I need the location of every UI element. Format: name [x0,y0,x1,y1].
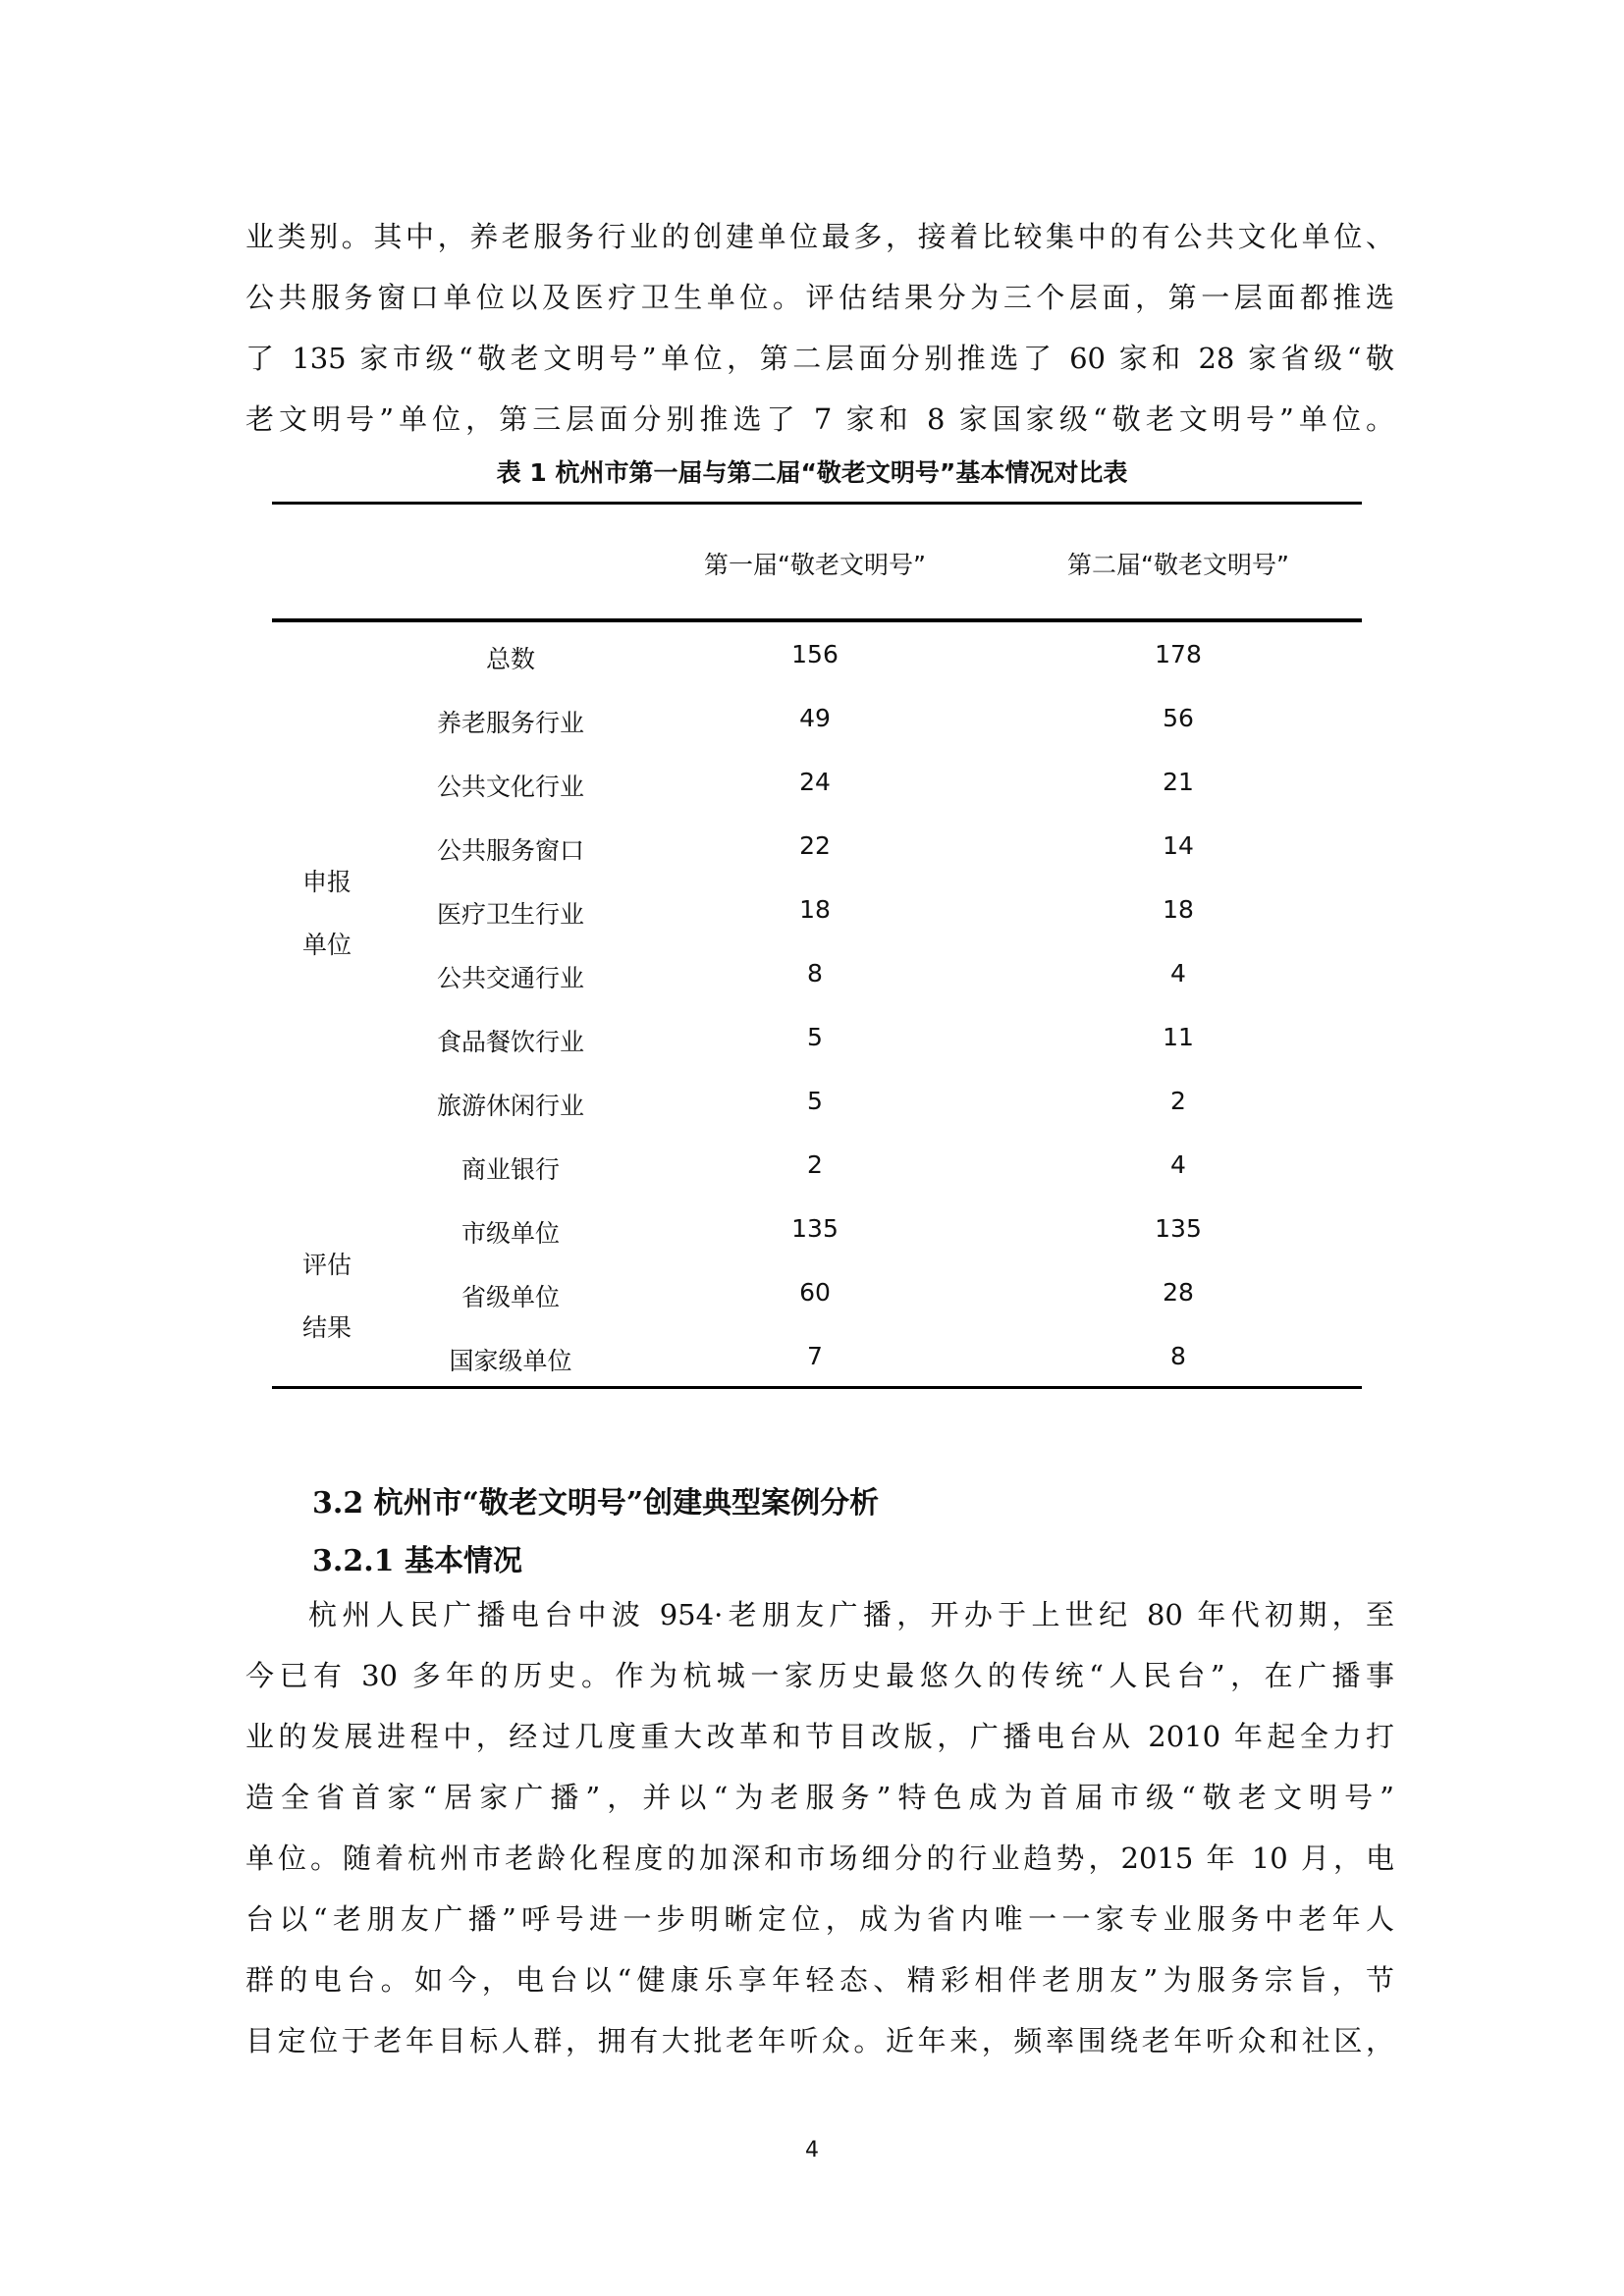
text-line: 目定位于老年目标人群，拥有大批老年听众。近年来，频率围绕老年听众和社区， [245,2010,1394,2071]
row-first: 60 [799,1278,831,1307]
text-line: 今已有 30 多年的历史。作为杭城一家历史最悠久的传统“人民台”，在广播事 [245,1645,1394,1706]
text-line: 杭州人民广播电台中波 954·老朋友广播，开办于上世纪 80 年代初期，至 [245,1584,1394,1645]
row-first: 22 [799,831,831,860]
text-line: 台以“老朋友广播”呼号进一步明晰定位，成为省内唯一一家专业服务中老年人 [245,1889,1394,1949]
group-label-line: 评估 [302,1234,352,1297]
row-first: 2 [807,1150,823,1179]
row-first: 49 [799,704,831,732]
text-line: 老文明号”单位，第三层面分别推选了 7 家和 8 家国家级“敬老文明号”单位。 [245,389,1394,450]
row-item: 旅游休闲行业 [437,1087,584,1122]
row-second: 21 [1163,768,1194,796]
group-label-line: 结果 [302,1297,352,1360]
row-second: 4 [1170,1150,1186,1179]
row-first: 8 [807,959,823,988]
row-second: 4 [1170,959,1186,988]
top-paragraph: 业类别。其中，养老服务行业的创建单位最多，接着比较集中的有公共文化单位、 公共服… [245,206,1394,450]
text-line: 了 135 家市级“敬老文明号”单位，第二层面分别推选了 60 家和 28 家省… [245,328,1394,389]
row-item: 医疗卫生行业 [437,895,584,931]
group-label-line: 单位 [302,914,352,977]
table-bottom-rule [272,1386,1362,1389]
row-first: 7 [807,1342,823,1370]
row-second: 18 [1163,895,1194,924]
subsection-heading: 3.2.1 基本情况 [312,1536,522,1579]
row-second: 8 [1170,1342,1186,1370]
row-second: 178 [1155,640,1202,668]
table-header-second: 第二届“敬老文明号” [1067,546,1289,581]
row-item: 总数 [486,640,535,675]
row-item: 公共服务窗口 [437,831,584,867]
group-label-application: 申报 单位 [302,851,352,977]
row-first: 18 [799,895,831,924]
row-first: 5 [807,1023,823,1051]
row-item: 养老服务行业 [437,704,584,739]
row-item: 商业银行 [461,1150,560,1186]
row-first: 135 [791,1214,839,1243]
row-second: 11 [1163,1023,1194,1051]
table-caption: 表 1 杭州市第一届与第二届“敬老文明号”基本情况对比表 [0,454,1624,489]
text-line: 业的发展进程中，经过几度重大改革和节目改版，广播电台从 2010 年起全力打 [245,1706,1394,1767]
group-label-evaluation: 评估 结果 [302,1234,352,1360]
row-second: 28 [1163,1278,1194,1307]
row-item: 国家级单位 [449,1342,571,1377]
row-first: 24 [799,768,831,796]
section-paragraph: 杭州人民广播电台中波 954·老朋友广播，开办于上世纪 80 年代初期，至 今已… [245,1584,1394,2071]
row-second: 135 [1155,1214,1202,1243]
row-item: 公共交通行业 [437,959,584,994]
table-header-rule [272,618,1362,622]
row-item: 公共文化行业 [437,768,584,803]
text-line: 公共服务窗口单位以及医疗卫生单位。评估结果分为三个层面，第一层面都推选 [245,267,1394,328]
text-line: 业类别。其中，养老服务行业的创建单位最多，接着比较集中的有公共文化单位、 [245,206,1394,267]
row-item: 食品餐饮行业 [437,1023,584,1058]
row-second: 2 [1170,1087,1186,1115]
row-second: 56 [1163,704,1194,732]
text-line: 群的电台。如今，电台以“健康乐享年轻态、精彩相伴老朋友”为服务宗旨，节 [245,1949,1394,2010]
row-first: 5 [807,1087,823,1115]
row-second: 14 [1163,831,1194,860]
group-label-line: 申报 [302,851,352,914]
table-top-rule [272,502,1362,505]
page-number: 4 [0,2138,1624,2163]
table-header-first: 第一届“敬老文明号” [704,546,926,581]
row-item: 省级单位 [461,1278,560,1313]
row-item: 市级单位 [461,1214,560,1250]
text-line: 造全省首家“居家广播”，并以“为老服务”特色成为首届市级“敬老文明号” [245,1767,1394,1828]
row-first: 156 [791,640,839,668]
text-line: 单位。随着杭州市老龄化程度的加深和市场细分的行业趋势，2015 年 10 月，电 [245,1828,1394,1889]
section-heading: 3.2 杭州市“敬老文明号”创建典型案例分析 [312,1478,879,1522]
